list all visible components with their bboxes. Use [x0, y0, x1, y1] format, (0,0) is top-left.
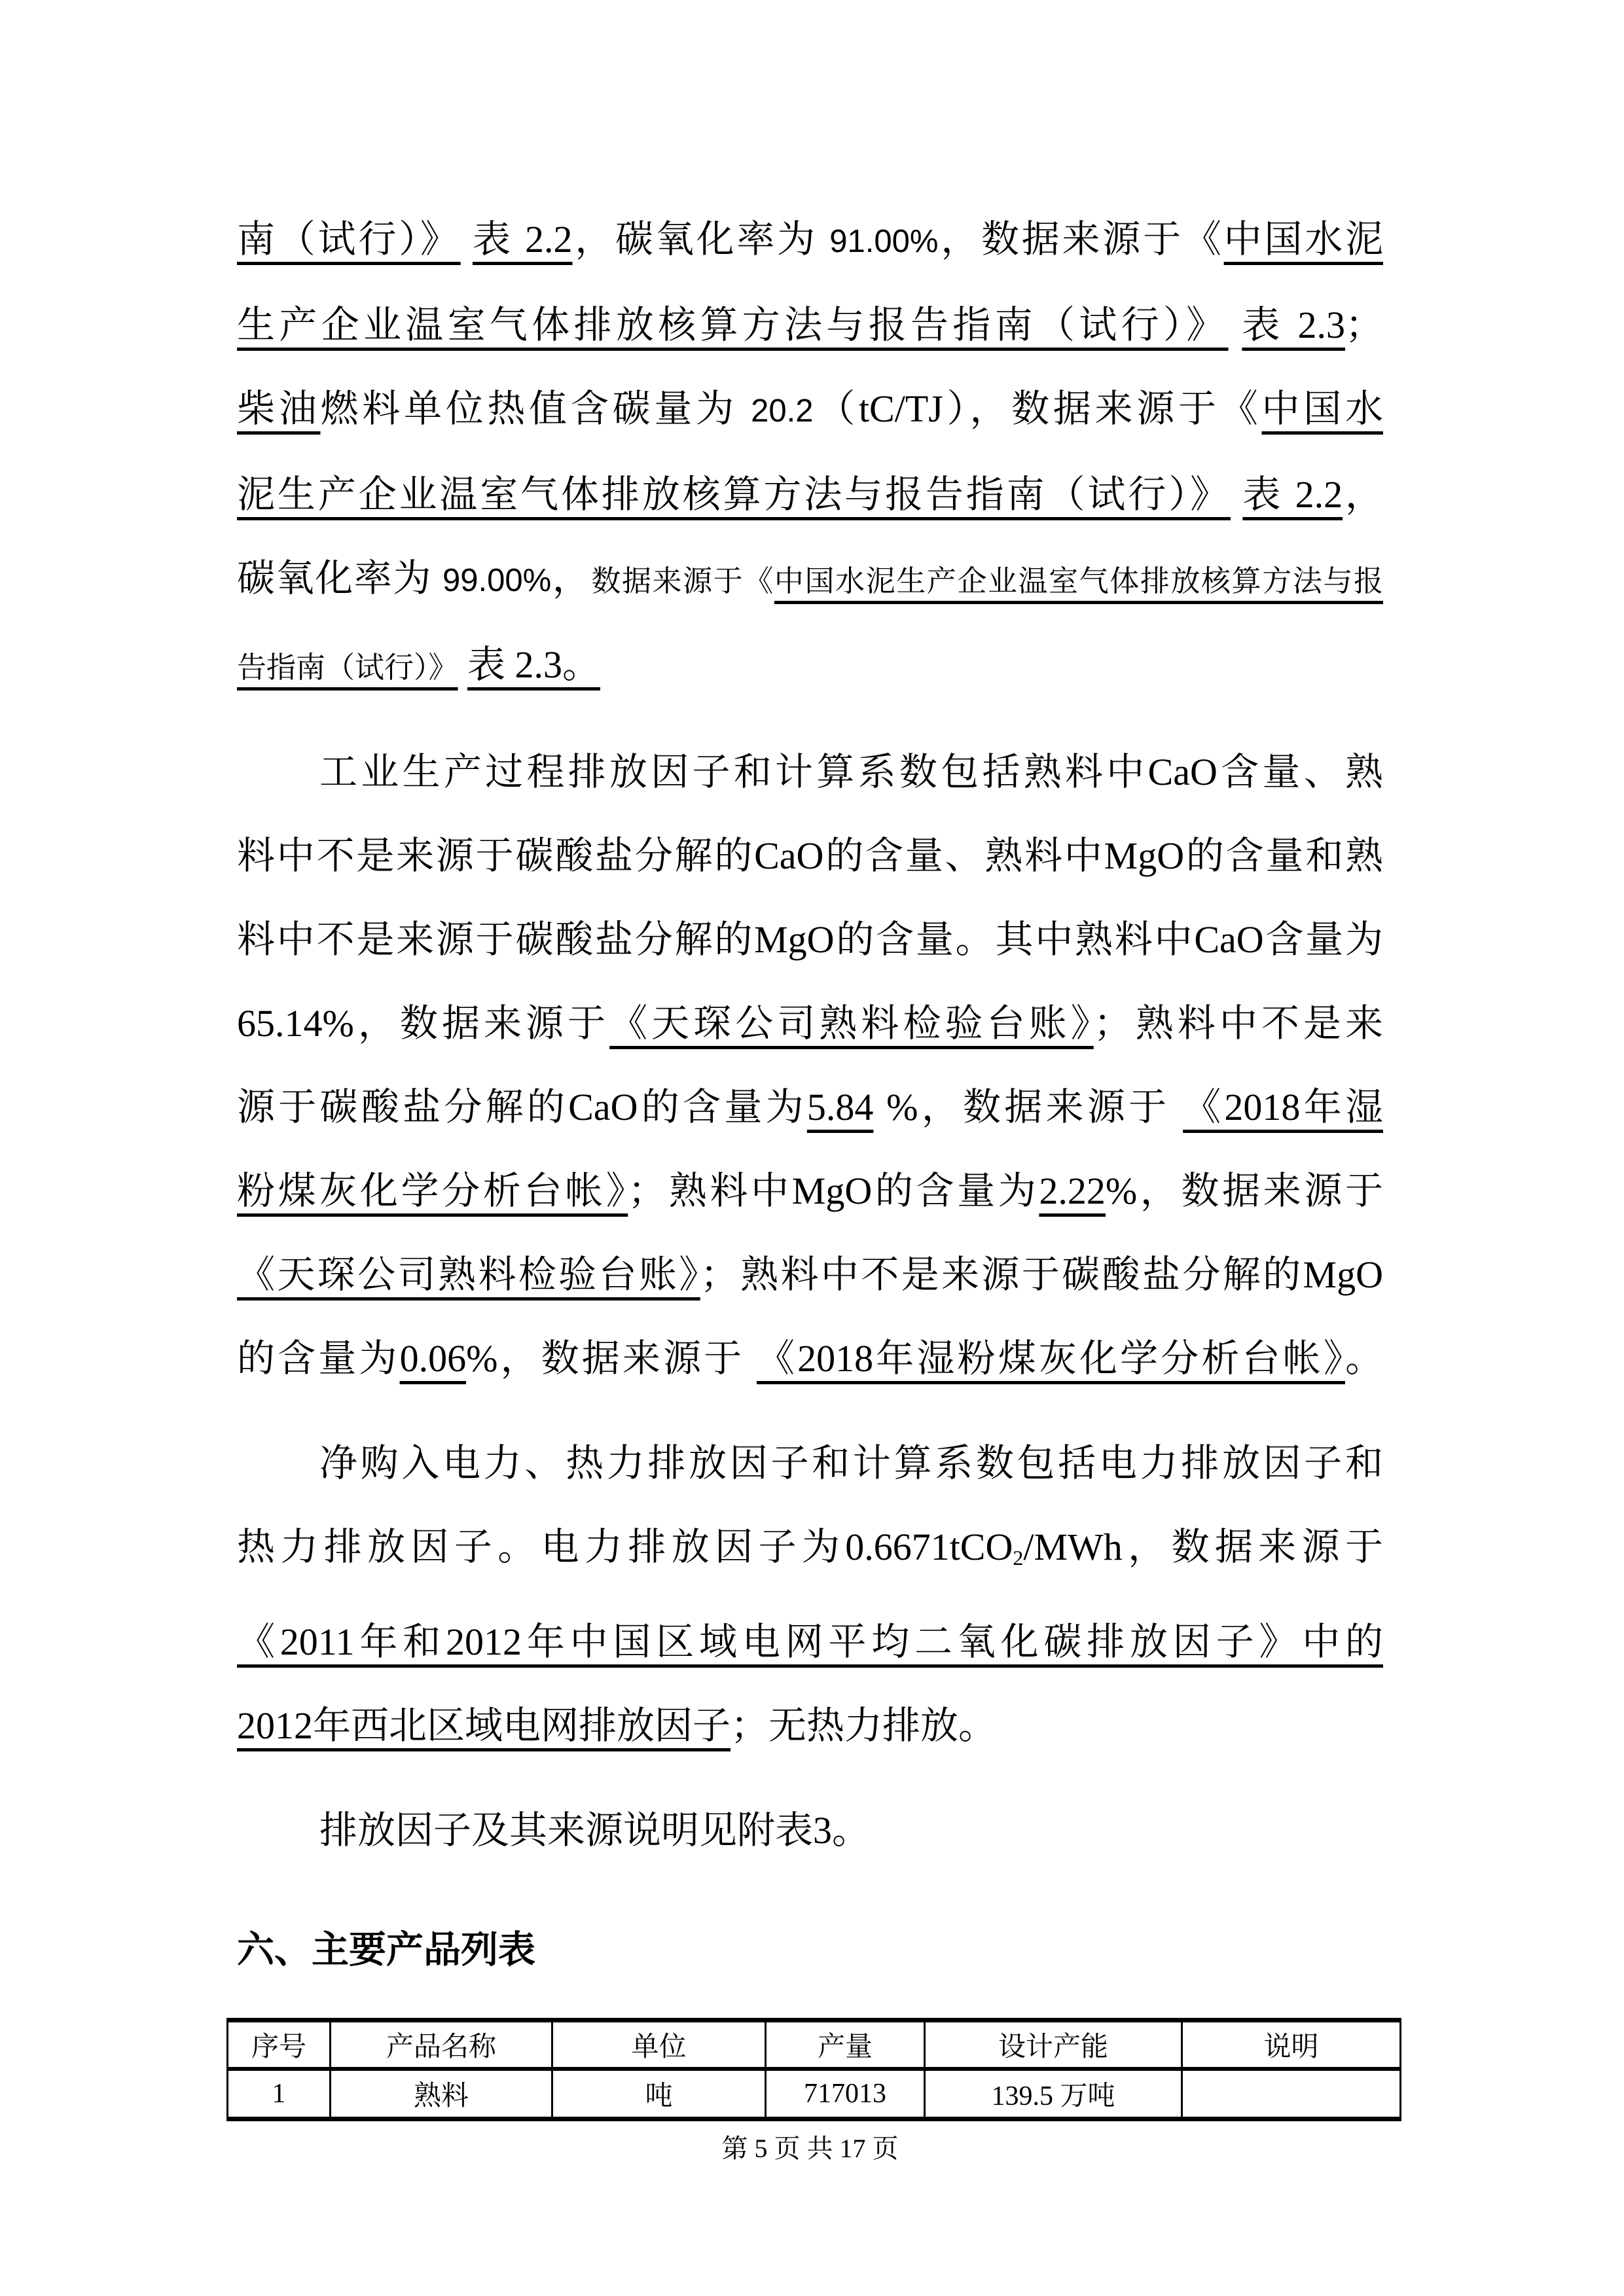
text-run: 5.84 [807, 1086, 874, 1128]
column-header-remarks: 说明 [1182, 2020, 1401, 2069]
table-row: 1 熟料 吨 717013 139.5 万吨 [228, 2069, 1401, 2119]
text-run: 表 2.3 [1242, 304, 1345, 346]
column-header-unit: 单位 [552, 2020, 766, 2069]
text-run: /MWh，数据来源于 [1023, 1526, 1383, 1568]
text-run: 南（试行）》 [237, 218, 461, 260]
text-run: 《2018年湿 [1183, 1086, 1383, 1128]
text-run: 《天琛公司熟料检验台账》 [609, 1002, 1094, 1045]
text-run: 《2018年湿粉煤灰化学分析台帐》 [757, 1337, 1345, 1380]
body-line: 南（试行）》 表 2.2，碳氧化率为 91.00%，数据来源于《中国水泥 [237, 198, 1383, 283]
body-line: 净购入电力、热力排放因子和计算系数包括电力排放因子和 [237, 1422, 1383, 1505]
text-run: 表 2.2 [1242, 473, 1343, 516]
text-run: 《天琛公司熟料检验台账》 [237, 1253, 700, 1296]
text-run: 工业生产过程排放因子和计算系数包括熟料中CaO含量、熟 [319, 751, 1383, 793]
text-run: 碳氧化率为 [237, 557, 442, 600]
body-line: 2012年西北区域电网排放因子；无热力排放。 [237, 1684, 1383, 1768]
paragraph-fuel-factors: 南（试行）》 表 2.2，碳氧化率为 91.00%，数据来源于《中国水泥 生产企… [237, 198, 1383, 709]
text-run: 20.2 [751, 393, 813, 429]
text-run: ；熟料中不是来源于碳酸盐分解的MgO [700, 1253, 1383, 1296]
text-run: 99.00% [442, 563, 551, 598]
text-run: 料中不是来源于碳酸盐分解的MgO的含量。其中熟料中CaO含量为 [237, 918, 1383, 961]
text-run: 0.06 [400, 1337, 467, 1380]
paragraph-process-factors: 工业生产过程排放因子和计算系数包括熟料中CaO含量、熟 料中不是来源于碳酸盐分解… [237, 730, 1383, 1401]
text-run: 中国水泥 [1224, 218, 1383, 260]
document-page: 南（试行）》 表 2.2，碳氧化率为 91.00%，数据来源于《中国水泥 生产企… [0, 0, 1624, 2296]
text-run: 燃料单位热值含碳量为 [320, 387, 751, 430]
text-run: 料中不是来源于碳酸盐分解的CaO的含量、熟料中MgO的含量和熟 [237, 834, 1383, 877]
text-run: 65.14%，数据来源于 [237, 1002, 609, 1045]
text-run: 源于碳酸盐分解的CaO的含量为 [237, 1086, 807, 1128]
text-run: 2.22 [1039, 1170, 1106, 1212]
column-header-index: 序号 [228, 2020, 331, 2069]
text-run: 泥生产企业温室气体排放核算方法与报告指南（试行）》 [237, 473, 1231, 516]
text-run: 表 2.2 [473, 218, 573, 260]
text-run: （tC/TJ），数据来源于《 [813, 387, 1261, 430]
text-run: %，数据来源于 [873, 1086, 1183, 1128]
text-run: 中国水泥生产企业温室气体排放核算方法与报 [774, 565, 1383, 598]
body-line: 工业生产过程排放因子和计算系数包括熟料中CaO含量、熟 [237, 730, 1383, 814]
body-line: 的含量为0.06%，数据来源于 《2018年湿粉煤灰化学分析台帐》。 [237, 1317, 1383, 1401]
text-run: ；无热力排放。 [731, 1704, 996, 1747]
text-run: 告指南（试行）》 [237, 651, 458, 684]
body-line: 源于碳酸盐分解的CaO的含量为5.84 %，数据来源于 《2018年湿 [237, 1066, 1383, 1149]
body-line: 生产企业温室气体排放核算方法与报告指南（试行）》 表 2.3； [237, 283, 1383, 367]
cell-design-capacity: 139.5 万吨 [925, 2069, 1182, 2119]
cell-unit: 吨 [552, 2069, 766, 2119]
cell-index: 1 [228, 2069, 331, 2119]
text-run: 数据来源于《 [591, 565, 774, 598]
text-run: 生产企业温室气体排放核算方法与报告指南（试行）》 [237, 304, 1229, 346]
cell-output: 717013 [766, 2069, 925, 2119]
body-line: 65.14%，数据来源于《天琛公司熟料检验台账》；熟料中不是来 [237, 982, 1383, 1066]
paragraph-appendix-note: 排放因子及其来源说明见附表3。 [237, 1789, 1383, 1873]
text-run [458, 643, 468, 686]
text-run: %，数据来源于 [466, 1337, 757, 1380]
body-line: 碳氧化率为 99.00%，数据来源于《中国水泥生产企业温室气体排放核算方法与报 [237, 537, 1383, 623]
paragraph-electricity-factors: 净购入电力、热力排放因子和计算系数包括电力排放因子和 热力排放因子。电力排放因子… [237, 1422, 1383, 1768]
text-run [461, 218, 473, 260]
column-header-product-name: 产品名称 [331, 2020, 552, 2069]
text-run: %，数据来源于 [1106, 1170, 1383, 1212]
text-run: 中国水 [1262, 387, 1383, 430]
body-line: 告指南（试行）》 表 2.3。 [237, 623, 1383, 709]
text-run: 净购入电力、热力排放因子和计算系数包括电力排放因子和 [319, 1442, 1383, 1484]
text-run: ；熟料中不是来 [1094, 1002, 1383, 1045]
text-run: 粉煤灰化学分析台帐》 [237, 1170, 628, 1212]
text-run: 热力排放因子。电力排放因子为0.6671tCO [237, 1526, 1013, 1568]
products-table: 序号 产品名称 单位 产量 设计产能 说明 1 熟料 吨 717013 139.… [226, 2018, 1401, 2121]
body-line: 料中不是来源于碳酸盐分解的MgO的含量。其中熟料中CaO含量为 [237, 898, 1383, 982]
body-line: 排放因子及其来源说明见附表3。 [237, 1789, 1383, 1873]
text-run: ；熟料中MgO的含量为 [628, 1170, 1039, 1212]
text-run [1231, 473, 1242, 516]
text-run: 2012年西北区域电网排放因子 [237, 1704, 731, 1747]
text-run: 。 [1345, 1337, 1383, 1380]
table-header-row: 序号 产品名称 单位 产量 设计产能 说明 [228, 2020, 1401, 2069]
text-run: ， [1343, 473, 1383, 516]
column-header-design-capacity: 设计产能 [925, 2020, 1182, 2069]
column-header-output: 产量 [766, 2020, 925, 2069]
body-line: 《天琛公司熟料检验台账》；熟料中不是来源于碳酸盐分解的MgO [237, 1233, 1383, 1317]
body-line: 热力排放因子。电力排放因子为0.6671tCO2/MWh，数据来源于 [237, 1505, 1383, 1600]
body-line: 《2011年和2012年中国区域电网平均二氧化碳排放因子》中的 [237, 1600, 1383, 1684]
section-heading-main-products: 六、主要产品列表 [237, 1920, 1383, 1980]
text-run: ，碳氧化率为 [573, 218, 830, 260]
text-run: 2 [1013, 1547, 1023, 1570]
text-run: ，数据来源于《 [938, 218, 1223, 260]
page-number: 第 5 页 共 17 页 [237, 2130, 1383, 2167]
body-line: 柴油燃料单位热值含碳量为 20.2（tC/TJ），数据来源于《中国水 [237, 367, 1383, 453]
text-run: 排放因子及其来源说明见附表3。 [319, 1809, 870, 1852]
text-run: ； [1345, 304, 1383, 346]
body-line: 料中不是来源于碳酸盐分解的CaO的含量、熟料中MgO的含量和熟 [237, 814, 1383, 898]
cell-product-name: 熟料 [331, 2069, 552, 2119]
text-run: ， [551, 557, 591, 600]
text-run: 《2011年和2012年中国区域电网平均二氧化碳排放因子》中的 [237, 1621, 1383, 1663]
cell-remarks [1182, 2069, 1401, 2119]
body-line: 泥生产企业温室气体排放核算方法与报告指南（试行）》 表 2.2， [237, 453, 1383, 537]
text-run: 91.00% [829, 224, 938, 259]
body-line: 粉煤灰化学分析台帐》；熟料中MgO的含量为2.22%，数据来源于 [237, 1149, 1383, 1233]
text-run: 表 2.3。 [467, 643, 600, 686]
text-run: 柴油 [237, 387, 320, 430]
text-run [1229, 304, 1242, 346]
text-run: 的含量为 [237, 1337, 400, 1380]
